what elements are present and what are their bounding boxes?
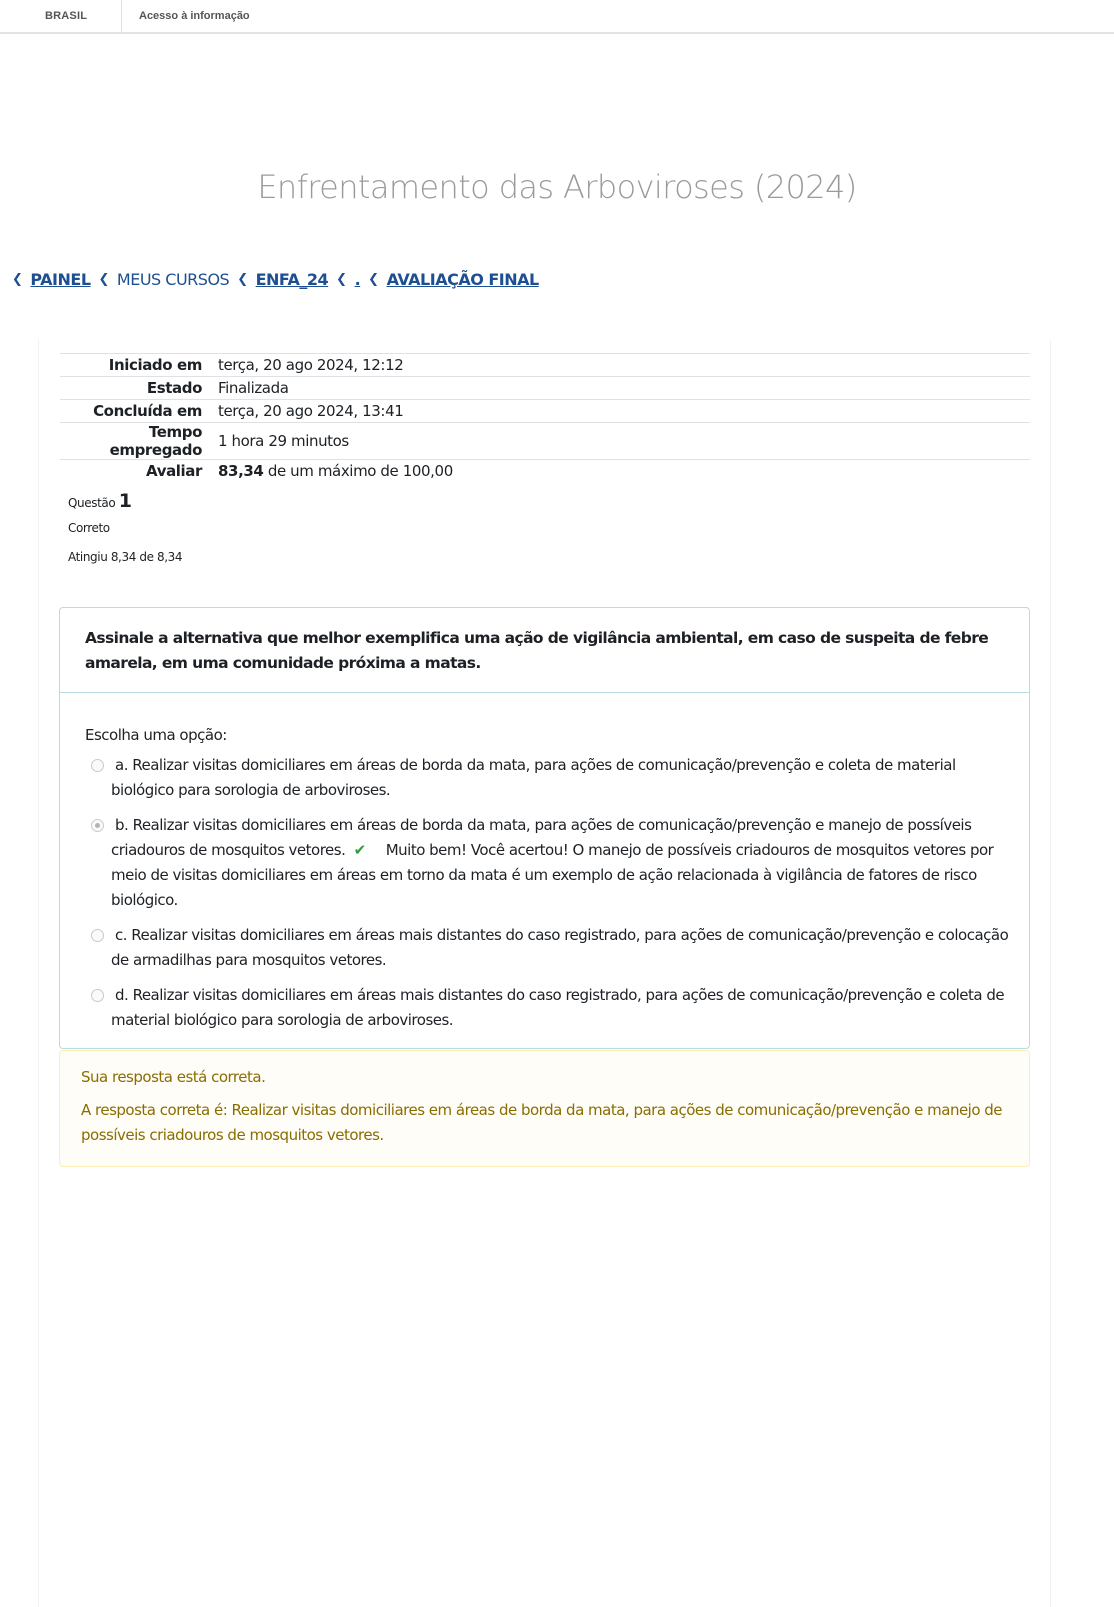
option-text: Realizar visitas domiciliares em áreas d… [111, 756, 956, 799]
summary-value: 83,34 de um máximo de 100,00 [218, 460, 1030, 483]
option-letter: d. [115, 986, 128, 1004]
grade-value: 83,34 [218, 462, 263, 480]
option-letter: a. [115, 756, 128, 774]
option-c[interactable]: c. Realizar visitas domiciliares em área… [85, 923, 1015, 973]
summary-row-time: Tempo empregado 1 hora 29 minutos [60, 423, 1030, 460]
summary-row-state: Estado Finalizada [60, 377, 1030, 400]
option-b[interactable]: b. Realizar visitas domiciliares em área… [85, 813, 1015, 913]
summary-label: Concluída em [60, 400, 218, 423]
breadcrumb-course[interactable]: ENFA_24 [256, 270, 329, 289]
summary-label: Avaliar [60, 460, 218, 483]
question-number-value: 1 [119, 490, 132, 512]
summary-row-grade: Avaliar 83,34 de um máximo de 100,00 [60, 460, 1030, 483]
chevron-left-icon: ❮ [368, 272, 378, 287]
course-title: Enfrentamento das Arboviroses (2024) [0, 168, 1114, 206]
feedback-right-answer: A resposta correta é: Realizar visitas d… [81, 1098, 1008, 1148]
summary-label: Tempo empregado [60, 423, 218, 460]
answer-block: Escolha uma opção: a. Realizar visitas d… [85, 723, 1015, 1043]
option-text: Realizar visitas domiciliares em áreas m… [111, 926, 1008, 969]
summary-value: terça, 20 ago 2024, 13:41 [218, 400, 1030, 423]
question-number-prefix: Questão [68, 496, 115, 510]
option-a[interactable]: a. Realizar visitas domiciliares em área… [85, 753, 1015, 803]
summary-value: terça, 20 ago 2024, 12:12 [218, 354, 1030, 377]
acesso-informacao-link[interactable]: Acesso à informação [139, 10, 250, 22]
question-box: Assinale a alternativa que melhor exempl… [59, 607, 1030, 1049]
radio-option-a[interactable] [91, 759, 104, 772]
answer-prompt: Escolha uma opção: [85, 723, 1015, 748]
radio-option-c[interactable] [91, 929, 104, 942]
answer-feedback: Sua resposta está correta. A resposta co… [59, 1050, 1030, 1167]
question-info: Questão 1 Correto Atingiu 8,34 de 8,34 [68, 490, 182, 564]
summary-row-started: Iniciado em terça, 20 ago 2024, 12:12 [60, 354, 1030, 377]
question-grade: Atingiu 8,34 de 8,34 [68, 550, 182, 564]
breadcrumb: ❮ PAINEL ❮ MEUS CURSOS ❮ ENFA_24 ❮ . ❮ A… [12, 270, 547, 289]
gov-bar-divider [121, 0, 122, 34]
feedback-status: Sua resposta está correta. [81, 1065, 1008, 1090]
question-state: Correto [68, 521, 182, 549]
check-icon: ✔ [354, 841, 366, 859]
grade-suffix: de um máximo de 100,00 [263, 462, 452, 480]
option-letter: c. [115, 926, 127, 944]
radio-option-d[interactable] [91, 989, 104, 1002]
breadcrumb-painel[interactable]: PAINEL [30, 270, 90, 289]
question-number: Questão 1 [68, 490, 182, 518]
chevron-left-icon: ❮ [12, 272, 22, 287]
option-text: Realizar visitas domiciliares em áreas m… [111, 986, 1004, 1029]
brasil-link[interactable]: BRASIL [45, 10, 87, 22]
radio-option-b[interactable] [91, 819, 104, 832]
option-letter: b. [115, 816, 128, 834]
summary-row-completed: Concluída em terça, 20 ago 2024, 13:41 [60, 400, 1030, 423]
chevron-left-icon: ❮ [99, 272, 109, 287]
option-d[interactable]: d. Realizar visitas domiciliares em área… [85, 983, 1015, 1033]
summary-label: Iniciado em [60, 354, 218, 377]
gov-bar: BRASIL Acesso à informação [0, 0, 1114, 34]
summary-value: Finalizada [218, 377, 1030, 400]
attempt-summary-table: Iniciado em terça, 20 ago 2024, 12:12 Es… [60, 353, 1030, 483]
chevron-left-icon: ❮ [336, 272, 346, 287]
summary-value: 1 hora 29 minutos [218, 423, 1030, 460]
breadcrumb-avaliacao-final[interactable]: AVALIAÇÃO FINAL [387, 270, 539, 289]
summary-label: Estado [60, 377, 218, 400]
breadcrumb-section[interactable]: . [355, 270, 361, 289]
question-text: Assinale a alternativa que melhor exempl… [60, 608, 1029, 693]
breadcrumb-meus-cursos: MEUS CURSOS [117, 270, 229, 289]
chevron-left-icon: ❮ [237, 272, 247, 287]
